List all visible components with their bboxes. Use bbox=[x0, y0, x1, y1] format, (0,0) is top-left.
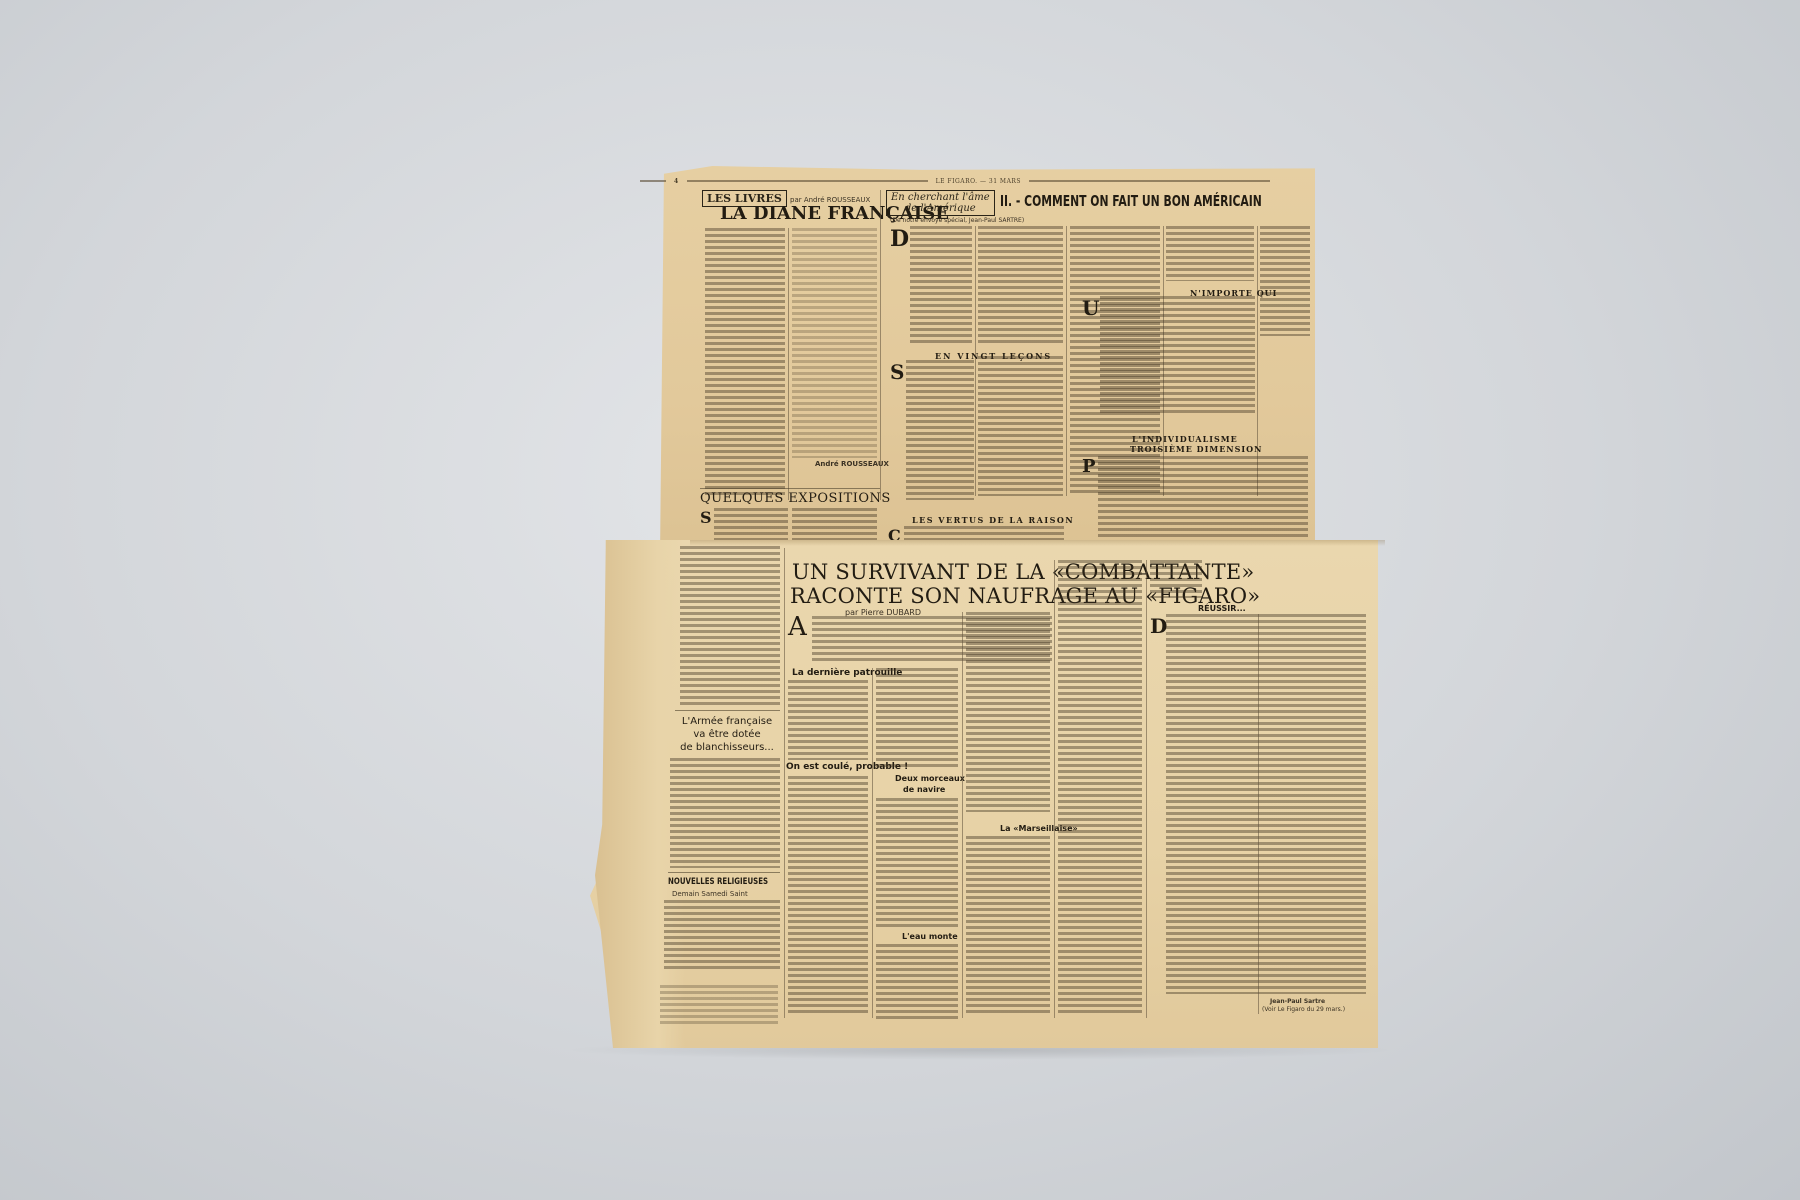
main-column-1 bbox=[788, 680, 868, 760]
dropcap-p: P bbox=[1082, 456, 1096, 477]
sartre-note: (Voir Le Figaro du 29 mars.) bbox=[1262, 1006, 1345, 1013]
books-column-1 bbox=[705, 228, 785, 498]
america-column-2b bbox=[978, 356, 1063, 496]
books-column-2 bbox=[792, 228, 877, 458]
dropcap-s2: S bbox=[700, 508, 712, 527]
dropcap-u: U bbox=[1082, 296, 1099, 320]
brief-headline: L'Armée française va être dotée de blanc… bbox=[672, 715, 782, 754]
religious-kicker: Demain Samedi Saint bbox=[672, 890, 748, 898]
exhibitions-continued-column bbox=[680, 546, 780, 706]
subhead-eau-monte: L'eau monte bbox=[902, 932, 958, 941]
main-column-3 bbox=[966, 612, 1050, 812]
america-column-4c bbox=[1098, 456, 1308, 541]
page-number: 4 bbox=[674, 178, 679, 185]
sartre-continued-top bbox=[1150, 560, 1202, 598]
fold-crease bbox=[690, 540, 1385, 546]
series-kicker: En cherchant l'âme de l'Amérique bbox=[886, 190, 995, 216]
america-column-4 bbox=[1166, 226, 1254, 281]
dropcap-s: S bbox=[890, 360, 904, 384]
brief-headline-line1: L'Armée française bbox=[672, 715, 782, 728]
subhead-individualisme: L'INDIVIDUALISME bbox=[1132, 434, 1238, 444]
subhead-de-navire: de navire bbox=[903, 785, 945, 794]
masthead-title: LE FIGARO. — 31 MARS bbox=[936, 178, 1021, 185]
america-byline: (De notre envoyé spécial, Jean-Paul SART… bbox=[890, 217, 1024, 224]
subhead-reussir: RÉUSSIR... bbox=[1198, 604, 1246, 613]
brief-headline-line2: va être dotée bbox=[672, 728, 782, 741]
america-column-5 bbox=[1260, 226, 1310, 336]
dropcap-d2: D bbox=[1150, 614, 1167, 638]
america-column-2 bbox=[978, 226, 1063, 346]
sartre-signature: Jean-Paul Sartre bbox=[1270, 998, 1325, 1005]
sartre-continued-column bbox=[1166, 614, 1366, 994]
dropcap-a: A bbox=[788, 612, 807, 642]
imprint bbox=[660, 985, 778, 1025]
books-signature: André ROUSSEAUX bbox=[815, 460, 889, 468]
subhead-vertus-raison: LES VERTUS DE LA RAISON bbox=[912, 515, 1074, 525]
brief-column bbox=[670, 758, 780, 868]
masthead: 4 LE FIGARO. — 31 MARS bbox=[640, 176, 1270, 186]
brief-headline-line3: de blanchisseurs... bbox=[672, 741, 782, 754]
main-column-2b bbox=[876, 798, 958, 928]
religious-headline: NOUVELLES RELIGIEUSES bbox=[668, 877, 768, 887]
main-column-1b bbox=[788, 776, 868, 1016]
america-headline: II. - COMMENT ON FAIT UN BON AMÉRICAIN bbox=[1000, 192, 1262, 210]
subhead-deux-morceaux: Deux morceaux bbox=[895, 774, 965, 783]
main-column-2 bbox=[876, 668, 958, 768]
main-column-2c bbox=[876, 944, 958, 1020]
subhead-troisieme-dimension: TROISIÈME DIMENSION bbox=[1130, 444, 1262, 454]
religious-column bbox=[664, 900, 780, 970]
america-column-1b bbox=[906, 360, 974, 500]
main-column-3b bbox=[966, 836, 1050, 1016]
series-kicker-line2: de l'Amérique bbox=[891, 203, 990, 214]
america-column-1 bbox=[892, 226, 972, 346]
exhibitions-headline: QUELQUES EXPOSITIONS bbox=[700, 491, 891, 506]
america-column-4b bbox=[1100, 296, 1255, 416]
series-kicker-line1: En cherchant l'âme bbox=[891, 192, 990, 203]
main-column-4 bbox=[1058, 560, 1142, 1016]
